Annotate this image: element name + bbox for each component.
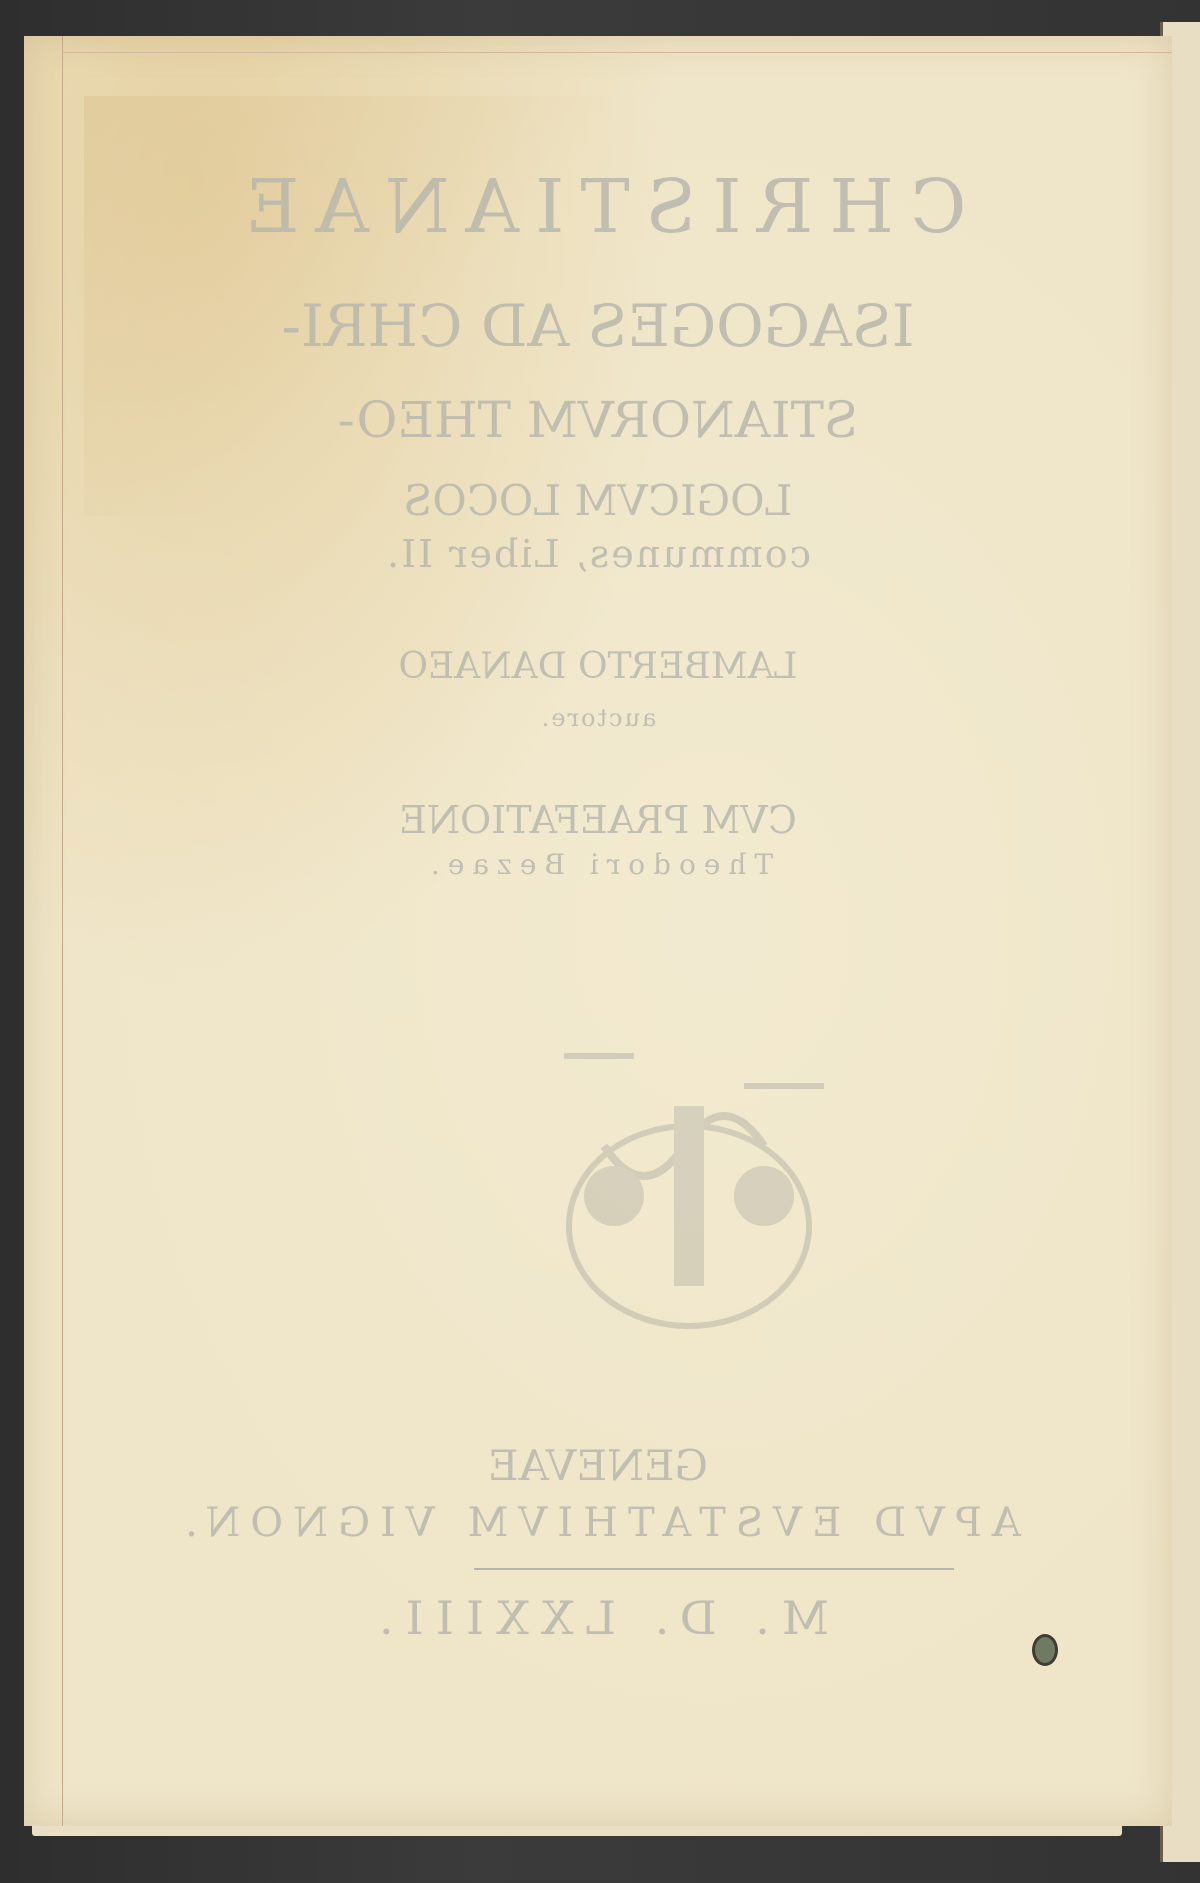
title-line-5: communes, Liber II. xyxy=(24,532,1172,576)
preface-line: CVM PRAEFATIONE xyxy=(24,798,1172,842)
page-top-line xyxy=(62,52,1172,53)
imprint-date: M. D. LXXIII. xyxy=(24,1591,1172,1645)
title-line-1: CHRISTIANAE xyxy=(24,164,1172,250)
title-line-3: STIANORVM THEO- xyxy=(24,391,1172,449)
author-line: LAMBERTO DANAEO xyxy=(24,646,1172,687)
title-line-4: LOGICVM LOCOS xyxy=(24,476,1172,525)
imprint-rule xyxy=(474,1568,954,1570)
preface-sub-line: Theodori Bezae. xyxy=(24,848,1172,881)
printer-device-icon xyxy=(494,1026,884,1366)
paper-spot xyxy=(1032,1634,1058,1666)
title-line-2: ISAGOGES AD CHRI- xyxy=(24,292,1172,360)
imprint-place: GENEVAE xyxy=(24,1441,1172,1490)
imprint-printer: APVD EVSTATHIVM VIGNON. xyxy=(24,1500,1172,1546)
book-page: CHRISTIANAE ISAGOGES AD CHRI- STIANORVM … xyxy=(24,36,1172,1826)
author-sub-line: auctore. xyxy=(24,704,1172,732)
